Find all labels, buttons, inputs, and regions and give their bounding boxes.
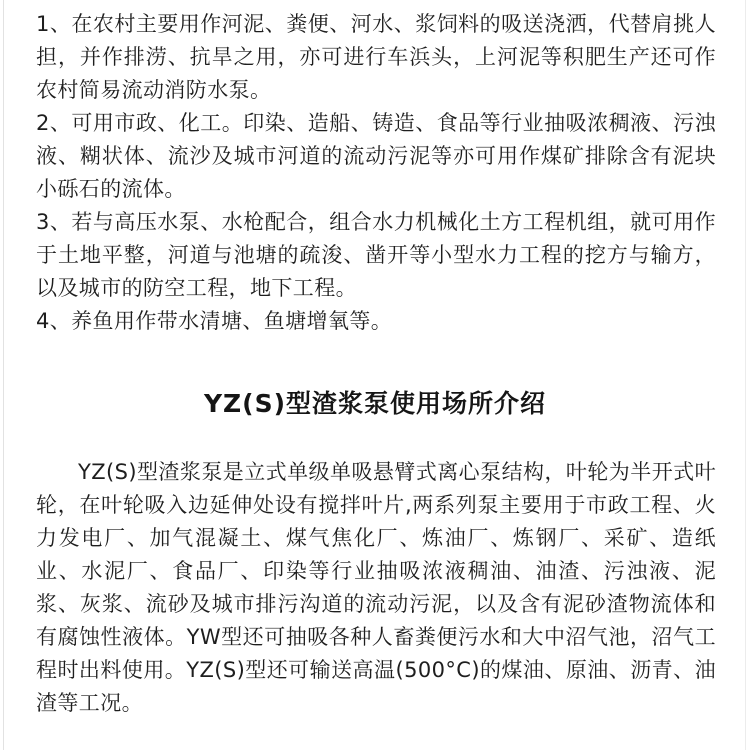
intro-paragraph: YZ(S)型渣浆泵是立式单级单吸悬臂式离心泵结构，叶轮为半开式叶轮，在叶轮吸入边… — [36, 456, 716, 720]
right-border-line — [745, 0, 746, 750]
usage-item-3: 3、若与高压水泵、水枪配合，组合水力机械化土方工程机组，就可用作于土地平整，河道… — [36, 206, 716, 305]
usage-list: 1、在农村主要用作河泥、粪便、河水、浆饲料的吸送浇洒，代替肩挑人担，并作排涝、抗… — [36, 8, 716, 338]
usage-item-4: 4、养鱼用作带水清塘、鱼塘增氧等。 — [36, 305, 716, 338]
usage-item-1: 1、在农村主要用作河泥、粪便、河水、浆饲料的吸送浇洒，代替肩挑人担，并作排涝、抗… — [36, 8, 716, 107]
section-title: YZ(S)型渣浆泵使用场所介绍 — [0, 384, 750, 424]
left-border-line — [3, 0, 4, 750]
usage-item-2: 2、可用市政、化工。印染、造船、铸造、食品等行业抽吸浓稠液、污浊液、糊状体、流沙… — [36, 107, 716, 206]
